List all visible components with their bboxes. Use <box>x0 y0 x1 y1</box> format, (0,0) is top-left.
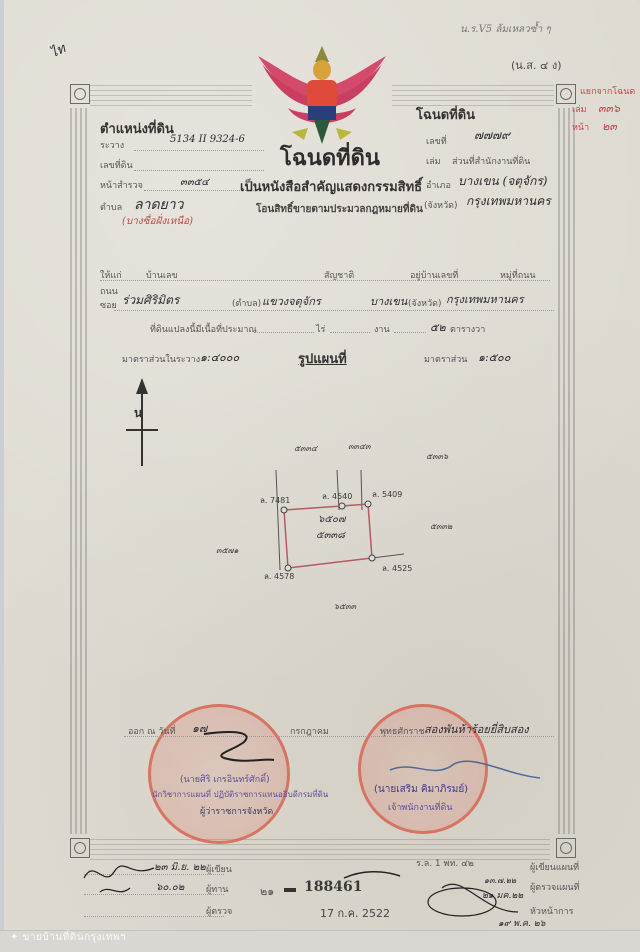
security-microtext-column <box>70 108 88 834</box>
field-value-deed-no: ๗๗๗๙ <box>474 126 510 145</box>
writer-date: ๒๓ มิ.ย. ๒๒ <box>154 860 206 875</box>
corner-marker-label: ล. 5409 <box>372 488 402 501</box>
parcel-sub-number: ๕๓๓๘ <box>316 528 345 543</box>
map-title: รูปแผนที่ <box>298 348 347 369</box>
amphoe-value: บางเขน <box>370 292 407 310</box>
area-ngan-label: งาน <box>374 322 390 336</box>
security-microtext-column <box>558 108 576 834</box>
field-value-book: ส่วนที่สำนักงานที่ดิน <box>452 154 530 168</box>
right-note: ร.ล. 1 พท. ๔๒ <box>416 856 474 870</box>
serial-prefix: ๒๑ <box>260 882 274 900</box>
province-label: (จังหวัด) <box>408 296 442 310</box>
tambon-label: (ตำบล) <box>232 296 261 310</box>
page-sub-subtitle: โอนสิทธิ์ขายตามประมวลกฎหมายที่ดิน <box>256 202 423 217</box>
tambon-value: แขวงจตุจักร <box>262 292 321 310</box>
corner-ornament-icon <box>556 838 576 858</box>
page-title: โฉนดที่ดิน <box>280 140 380 175</box>
land-title-deed: ไท น.ร.V5 ล้มเหลวซ้ำ ๆ (น.ส. ๔ ง) แยกจาก… <box>4 0 640 930</box>
security-microtext-band <box>90 84 252 106</box>
field-label-province: (จังหวัด) <box>424 198 458 212</box>
signature-serial-icon <box>342 868 402 882</box>
field-value-survey-page: ๓๓๕๔ <box>180 175 209 190</box>
left-official-role: นักวิชาการแผนที่ ปฏิบัติราชการแทนอธิบดีก… <box>152 788 328 801</box>
reviewer-value: ๖๐.๐๒ <box>156 880 184 895</box>
page-subtitle: เป็นหนังสือสำคัญแสดงกรรมสิทธิ์ <box>240 176 422 197</box>
field-label-district: อำเภอ <box>426 178 451 192</box>
scale-right-value: ๑:๕๐๐ <box>478 348 510 366</box>
field-value-province: กรุงเทพมหานคร <box>466 192 551 211</box>
watermark: ✦ ขายบ้านที่ดินกรุงเทพฯ <box>10 930 126 945</box>
province-value: กรุงเทพมหานคร <box>446 290 524 308</box>
corner-ornament-icon <box>70 84 90 104</box>
neighbor-parcel-label: ๓๓๔๓ <box>348 440 370 453</box>
serial-date: 17 ก.ค. 2522 <box>320 904 390 922</box>
top-handwritten-note: น.ร.V5 ล้มเหลวซ้ำ ๆ <box>460 22 551 37</box>
split-box-value-page: ๒๓ <box>602 117 617 135</box>
neighbor-parcel-label: ๖๕๓๓ <box>334 600 356 613</box>
area-wa-value: ๕๒ <box>430 318 446 336</box>
garuda-emblem-icon <box>252 44 392 150</box>
north-label: น <box>134 404 142 423</box>
field-label-map-sheet: ระวาง <box>100 138 124 152</box>
corner-scribble: ไท <box>46 38 69 63</box>
corner-ornament-icon <box>556 84 576 104</box>
location-title: ตำแหน่งที่ดิน <box>100 118 174 139</box>
field-label-book: เล่ม <box>426 154 441 168</box>
scale-left-label: มาตราส่วนในระวาง <box>122 352 200 366</box>
left-official-role2: ผู้ว่าราชการจังหวัด <box>200 804 273 818</box>
field-label-deed-no: เลขที่ <box>426 134 447 148</box>
parcel-number: ๖๕๐๗ <box>318 512 346 527</box>
serial-dash <box>284 888 296 892</box>
neighbor-parcel-label: ๕๓๓๒ <box>430 520 452 533</box>
field-value-subdistrict: ลาดยาว <box>134 194 183 216</box>
field-label-survey-page: หน้าสำรวจ <box>100 178 143 192</box>
field-value-map-sheet: 5134 II 9324-6 <box>170 134 245 145</box>
signature-writer-icon <box>80 848 160 908</box>
map-writer-label: ผู้เขียนแผนที่ <box>530 860 579 874</box>
scale-right-label: มาตราส่วน <box>424 352 467 366</box>
neighbor-parcel-label: ๕๓๓๖ <box>426 450 448 463</box>
field-label-parcel-no: เลขที่ดิน <box>100 158 133 172</box>
map-checker-label: ผู้ตรวจแผนที่ <box>530 880 579 894</box>
right-official-name: (นายเสริม คิมาภิรมย์) <box>374 782 468 797</box>
right-title: โฉนดที่ดิน <box>416 104 475 125</box>
area-label: ที่ดินแปลงนี้มีเนื้อที่ประมาณ <box>150 322 257 336</box>
scale-left-value: ๑:๔๐๐๐ <box>200 348 239 366</box>
road-label: ถนน <box>100 284 118 298</box>
neighbor-parcel-label: ๓๕๗๑ <box>216 544 239 557</box>
split-box-label-book: เล่ม <box>572 102 587 116</box>
split-box-value-book: ๓๓๖ <box>598 99 620 117</box>
field-value-district: บางเขน (จตุจักร) <box>458 172 547 191</box>
neighbor-parcel-label: ๕๓๓๔ <box>294 442 317 455</box>
corner-marker-label: ล. 4578 <box>264 570 294 583</box>
split-box-label-page: หน้า <box>572 120 589 134</box>
signature-left-icon <box>194 724 284 774</box>
field-label-subdistrict: ตำบล <box>100 200 122 214</box>
left-official-name: (นายศิริ เกรอินทร์ศักดิ์) <box>180 772 270 786</box>
field-value-subdistrict-note: (บางซื่อฝั่งเหนือ) <box>122 214 193 229</box>
signature-footer-icon <box>422 872 522 928</box>
form-code: (น.ส. ๔ ง) <box>511 56 562 74</box>
corner-marker-label: ล. 7481 <box>260 494 290 507</box>
soi-value: ร่วมศิริมิตร <box>122 291 179 310</box>
area-rai-label: ไร่ <box>316 322 325 336</box>
corner-marker-label: ล. 4540 <box>322 490 352 503</box>
split-box-title: แยกจากโฉนด <box>580 84 635 98</box>
corner-marker-label: ล. 4525 <box>382 562 412 575</box>
security-microtext-band <box>392 84 554 106</box>
right-official-role: เจ้าพนักงานที่ดิน <box>388 800 452 814</box>
area-wa-label: ตารางวา <box>450 322 485 336</box>
